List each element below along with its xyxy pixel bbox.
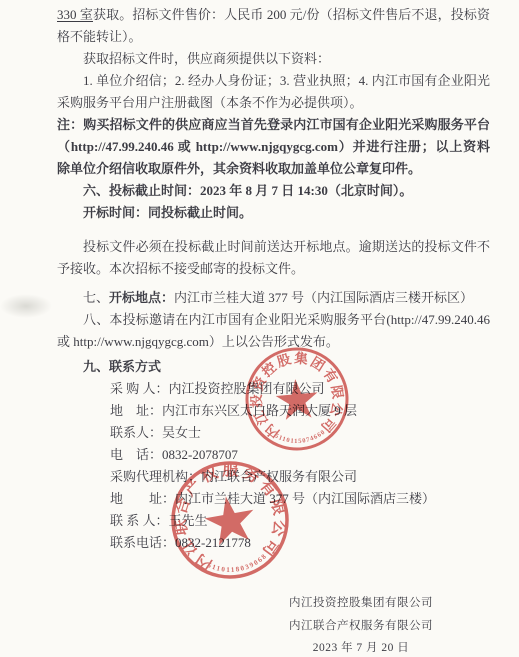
text-segment: 开标时间：同投标截止时间。: [83, 205, 252, 220]
para-opening-time: 开标时间：同投标截止时间。: [57, 202, 490, 224]
text-segment: 获取招标文件时，供应商须提供以下资料：: [83, 51, 330, 66]
text-segment: 联系人：吴女士: [110, 425, 201, 440]
para-note: 注：购买招标文件的供应商应当首先登录内江市国有企业阳光采购服务平台（http:/…: [57, 114, 490, 180]
star-icon: [274, 377, 319, 420]
text-segment: 获取。招标文件售价：人民币 200 元/份（招标文件售后不退，投标资格不能转让）…: [57, 7, 490, 44]
para-obtain-requirement: 获取招标文件时，供应商须提供以下资料：: [57, 48, 490, 70]
text-segment: 内江市兰桂大道 377 号（内江国际酒店三楼开标区）: [174, 290, 473, 305]
scan-artifact: [0, 294, 52, 318]
text-segment: 九、联系方式: [83, 359, 161, 374]
signature-date: 2023 年 7 月 20 日: [289, 637, 433, 657]
para-opening-place: 七、开标地点：内江市兰桂大道 377 号（内江国际酒店三楼开标区）: [57, 287, 490, 309]
signature-block: 内江投资控股集团有限公司 内江联合产权服务有限公司 2023 年 7 月 20 …: [289, 592, 433, 657]
text-segment: 1. 单位介绍信；2. 经办人身份证；3. 营业执照；4. 内江市国有企业阳光采…: [57, 73, 490, 110]
para-document-fee: 330 室获取。招标文件售价：人民币 200 元/份（招标文件售后不退，投标资格…: [57, 4, 490, 48]
text-segment: 七、: [83, 290, 109, 305]
purchaser-company-seal: 内江投资控股集团有限公司 5110115074660: [232, 334, 362, 464]
text-segment: 六、投标截止时间：2023 年 8 月 7 日 14:30（北京时间）。: [83, 183, 412, 198]
text-segment: 注：购买招标文件的供应商应当首先登录内江市国有企业阳光采购服务平台（http:/…: [57, 117, 490, 176]
signature-purchaser: 内江投资控股集团有限公司: [289, 592, 433, 615]
signature-agency: 内江联合产权服务有限公司: [289, 615, 433, 638]
text-segment: 开标地点：: [109, 290, 174, 305]
agency-company-seal: 内江联合产权服务有限公司 5110118039068: [154, 444, 307, 597]
para-delivery-rule: 投标文件必须在投标截止时间前送达开标地点。逾期送达的投标文件不予接收。本次招标不…: [57, 236, 490, 280]
text-segment: 投标文件必须在投标截止时间前送达开标地点。逾期送达的投标文件不予接收。本次招标不…: [57, 239, 490, 276]
para-material-list: 1. 单位介绍信；2. 经办人身份证；3. 营业执照；4. 内江市国有企业阳光采…: [57, 70, 490, 114]
para-bid-deadline: 六、投标截止时间：2023 年 8 月 7 日 14:30（北京时间）。: [57, 180, 490, 202]
text-segment: 330 室: [57, 7, 93, 22]
star-icon: [201, 492, 258, 547]
scanned-tender-notice-page: 330 室获取。招标文件售价：人民币 200 元/份（招标文件售后不退，投标资格…: [0, 0, 519, 657]
